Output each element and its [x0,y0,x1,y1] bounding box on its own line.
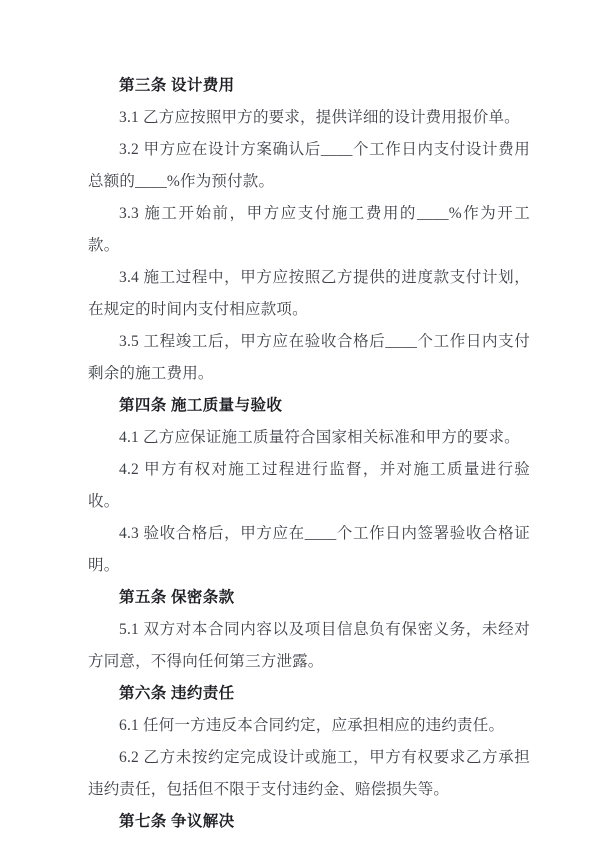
contract-section-7: 第七条 争议解决 [88,806,530,838]
section-heading: 第三条 设计费用 [88,70,530,102]
clause-paragraph: 5.1 双方对本合同内容以及项目信息负有保密义务，未经对方同意，不得向任何第三方… [88,614,530,678]
contract-section-6: 第六条 违约责任 6.1 任何一方违反本合同约定，应承担相应的违约责任。 6.2… [88,678,530,806]
contract-section-3: 第三条 设计费用 3.1 乙方应按照甲方的要求，提供详细的设计费用报价单。 3.… [88,70,530,390]
clause-paragraph: 3.1 乙方应按照甲方的要求，提供详细的设计费用报价单。 [88,102,530,134]
clause-paragraph: 6.1 任何一方违反本合同约定，应承担相应的违约责任。 [88,710,530,742]
section-heading: 第五条 保密条款 [88,582,530,614]
clause-paragraph: 6.2 乙方未按约定完成设计或施工，甲方有权要求乙方承担违约责任，包括但不限于支… [88,742,530,806]
clause-paragraph: 3.5 工程竣工后，甲方应在验收合格后____个工作日内支付剩余的施工费用。 [88,326,530,390]
clause-paragraph: 3.4 施工过程中，甲方应按照乙方提供的进度款支付计划，在规定的时间内支付相应款… [88,262,530,326]
clause-paragraph: 4.3 验收合格后，甲方应在____个工作日内签署验收合格证明。 [88,518,530,582]
clause-paragraph: 4.1 乙方应保证施工质量符合国家相关标准和甲方的要求。 [88,422,530,454]
section-heading: 第七条 争议解决 [88,806,530,838]
contract-section-4: 第四条 施工质量与验收 4.1 乙方应保证施工质量符合国家相关标准和甲方的要求。… [88,390,530,582]
clause-paragraph: 4.2 甲方有权对施工过程进行监督，并对施工质量进行验收。 [88,454,530,518]
section-heading: 第六条 违约责任 [88,678,530,710]
clause-paragraph: 3.2 甲方应在设计方案确认后____个工作日内支付设计费用总额的____%作为… [88,134,530,198]
contract-page: 第三条 设计费用 3.1 乙方应按照甲方的要求，提供详细的设计费用报价单。 3.… [0,0,600,848]
section-heading: 第四条 施工质量与验收 [88,390,530,422]
clause-paragraph: 3.3 施工开始前，甲方应支付施工费用的____%作为开工款。 [88,198,530,262]
contract-section-5: 第五条 保密条款 5.1 双方对本合同内容以及项目信息负有保密义务，未经对方同意… [88,582,530,678]
